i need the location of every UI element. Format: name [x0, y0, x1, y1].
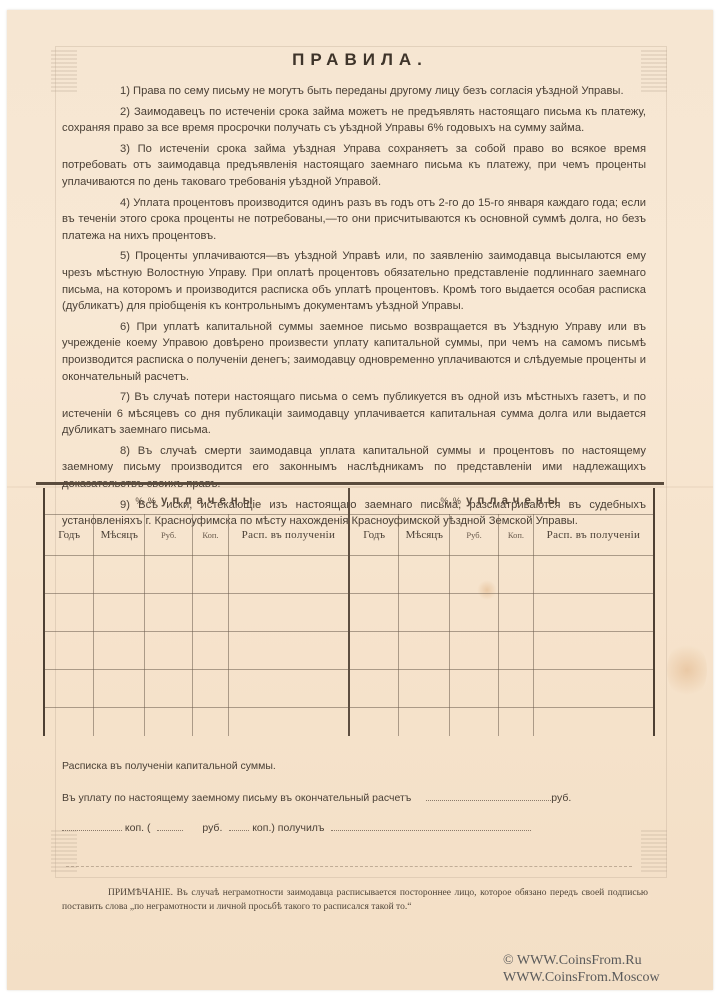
paper-stain [667, 640, 707, 700]
col-kop: Коп. [193, 515, 229, 556]
cell [533, 632, 654, 670]
cell [44, 632, 94, 670]
note-text: ПРИМѢЧАНІЕ. Въ случаѣ неграмотности заим… [62, 886, 648, 914]
cell [145, 556, 193, 594]
cell [399, 708, 450, 737]
cell [533, 594, 654, 632]
cell [44, 708, 94, 737]
percent-sign: % % [135, 496, 157, 506]
table-row [44, 556, 654, 594]
received-label: получилъ [278, 822, 325, 834]
words-kop-blank[interactable] [229, 829, 249, 831]
column-header-row: Годъ Мѣсяцъ Руб. Коп. Расп. въ полученіи… [44, 515, 654, 556]
col-receipt: Расп. въ полученіи [228, 515, 349, 556]
kop-label: коп.) [252, 822, 275, 834]
cell [145, 632, 193, 670]
cell [145, 670, 193, 708]
rule-item: 7) Въ случаѣ потери настоящаго письма о … [62, 389, 646, 439]
receipt-line-1: Въ уплату по настоящему заемному письму … [62, 792, 662, 804]
amount-kop-blank[interactable] [62, 829, 122, 831]
cell [450, 556, 499, 594]
cell [399, 670, 450, 708]
cell [228, 708, 349, 737]
rule-item: 2) Заимодавецъ по истеченіи срока займа … [62, 104, 646, 137]
rub-label: руб. [551, 792, 571, 804]
receipt-heading: Расписка въ полученіи капитальной суммы. [62, 760, 662, 772]
section-header-left: % %уплачены [44, 488, 349, 515]
cell [450, 632, 499, 670]
watermark: © WWW.CoinsFrom.Ru WWW.CoinsFrom.Moscow [503, 952, 660, 986]
cell [349, 708, 399, 737]
cell [349, 632, 399, 670]
cell [533, 556, 654, 594]
rub-label: руб. [202, 822, 222, 834]
footnote: ПРИМѢЧАНІЕ. Въ случаѣ неграмотности заим… [62, 886, 648, 914]
cell [399, 632, 450, 670]
cell [145, 708, 193, 737]
cell [94, 594, 145, 632]
rule-item: 6) При уплатѣ капитальной суммы заемное … [62, 319, 646, 385]
table-row [44, 632, 654, 670]
rule-item: 1) Права по сему письму не могутъ быть п… [62, 83, 646, 100]
watermark-line-1: © WWW.CoinsFrom.Ru [503, 952, 660, 969]
cell [44, 556, 94, 594]
rule-item: 3) По истеченіи срока займа уѣздная Упра… [62, 141, 646, 191]
col-rub: Руб. [450, 515, 499, 556]
col-receipt: Расп. въ полученіи [533, 515, 654, 556]
table-row [44, 670, 654, 708]
cell [44, 594, 94, 632]
table-row [44, 708, 654, 737]
receipt-text: Въ уплату по настоящему заемному письму … [62, 792, 411, 804]
table-row [44, 594, 654, 632]
cell [94, 556, 145, 594]
rule-item: 8) Въ случаѣ смерти заимодавца уплата ка… [62, 443, 646, 493]
col-rub: Руб. [145, 515, 193, 556]
cell [498, 670, 533, 708]
cell [349, 556, 399, 594]
receipt-line-2: коп. ( руб. коп.) получилъ [62, 822, 662, 834]
cell [228, 670, 349, 708]
section-header-row: % %уплачены % %уплачены [44, 488, 654, 515]
table-top-rule [36, 482, 664, 485]
col-month: Мѣсяцъ [94, 515, 145, 556]
col-year: Годъ [44, 515, 94, 556]
signature-blank[interactable] [331, 829, 531, 831]
cell [44, 670, 94, 708]
kop-label: коп. ( [125, 822, 151, 834]
cell [498, 556, 533, 594]
rule-item: 4) Уплата процентовъ производится одинъ … [62, 195, 646, 245]
col-month: Мѣсяцъ [399, 515, 450, 556]
cell [533, 670, 654, 708]
cell [399, 594, 450, 632]
cell [450, 708, 499, 737]
signature-dash-line [66, 866, 632, 867]
cell [349, 670, 399, 708]
cell [94, 632, 145, 670]
cell [94, 670, 145, 708]
cell [498, 708, 533, 737]
section-label: уплачены [466, 495, 563, 507]
section-label: уплачены [161, 495, 258, 507]
percent-sign: % % [440, 496, 462, 506]
cell [94, 708, 145, 737]
rule-item: 5) Проценты уплачиваются—въ уѣздной Упра… [62, 248, 646, 314]
cell [498, 594, 533, 632]
ornament-decoration [641, 830, 667, 872]
cell [450, 670, 499, 708]
cell [193, 556, 229, 594]
cell [193, 708, 229, 737]
cell [228, 556, 349, 594]
col-year: Годъ [349, 515, 399, 556]
section-header-right: % %уплачены [349, 488, 654, 515]
cell [533, 708, 654, 737]
cell [145, 594, 193, 632]
cell [193, 594, 229, 632]
col-kop: Коп. [498, 515, 533, 556]
cell [228, 594, 349, 632]
amount-rub-blank[interactable] [426, 799, 551, 801]
cell [228, 632, 349, 670]
watermark-line-2: WWW.CoinsFrom.Moscow [503, 969, 660, 986]
words-rub-blank[interactable] [157, 829, 183, 831]
cell [193, 632, 229, 670]
cell [349, 594, 399, 632]
cell [450, 594, 499, 632]
rules-list: 1) Права по сему письму не могутъ быть п… [62, 83, 646, 534]
payments-grid: % %уплачены % %уплачены Годъ Мѣсяцъ Руб.… [43, 488, 655, 736]
cell [498, 632, 533, 670]
document-title: ПРАВИЛА. [0, 50, 720, 70]
cell [399, 556, 450, 594]
cell [193, 670, 229, 708]
